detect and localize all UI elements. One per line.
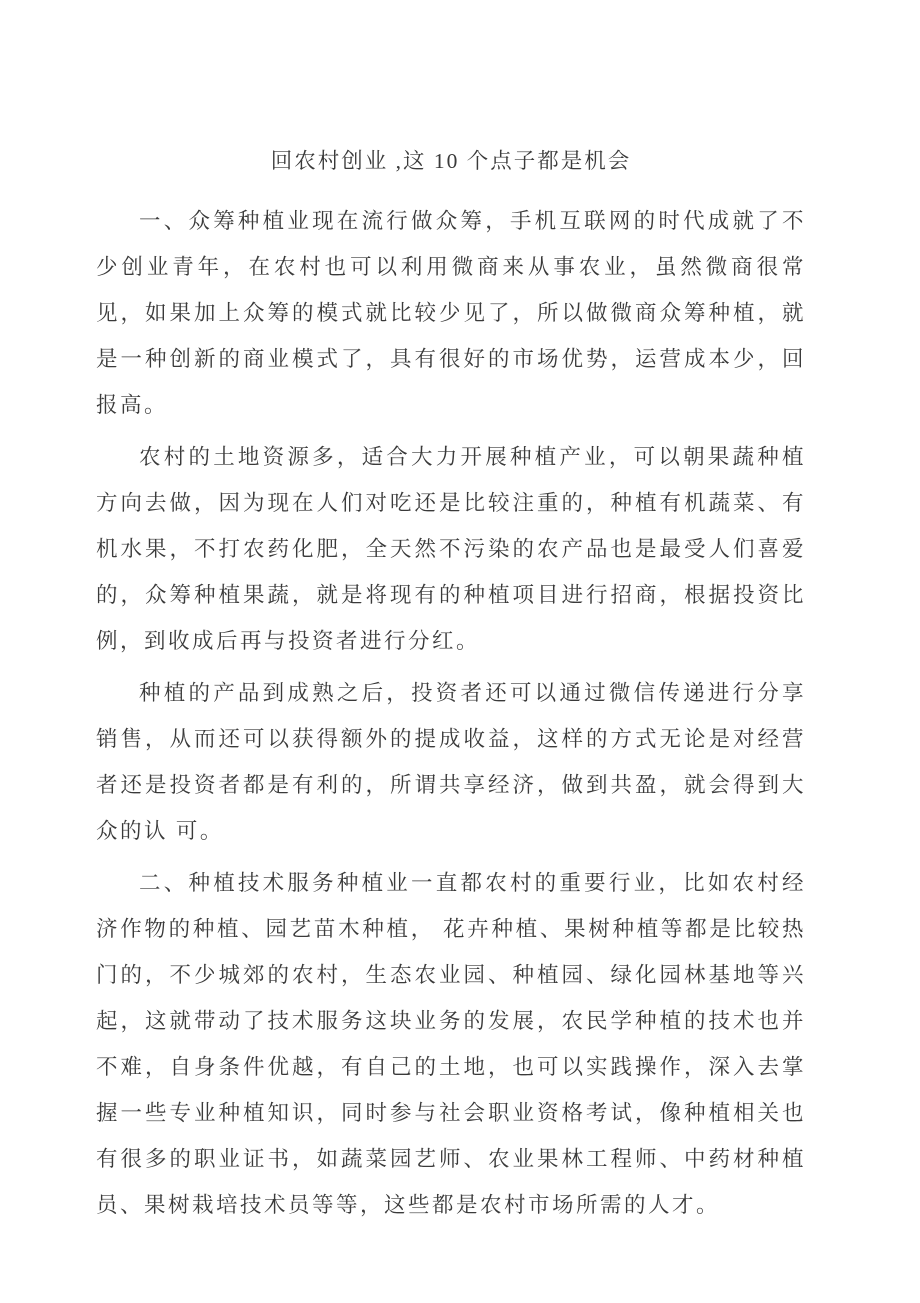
document-title: 回农村创业 ,这 10 个点子都是机会 (96, 138, 806, 184)
paragraph-planting-tech-service: 二、种植技术服务种植业一直都农村的重要行业，比如农村经济作物的种植、园艺苗木种植… (96, 860, 806, 1228)
paragraph-rural-land-resources: 农村的土地资源多，适合大力开展种植产业，可以朝果蔬种植方向去做，因为现在人们对吃… (96, 434, 806, 664)
paragraph-wechat-sharing-sales: 种植的产品到成熟之后，投资者还可以通过微信传递进行分享销售，从而还可以获得额外的… (96, 670, 806, 854)
paragraph-crowdfunding-planting: 一、众筹种植业现在流行做众筹，手机互联网的时代成就了不少创业青年，在农村也可以利… (96, 198, 806, 428)
document-page: 回农村创业 ,这 10 个点子都是机会 一、众筹种植业现在流行做众筹，手机互联网… (0, 0, 920, 1303)
